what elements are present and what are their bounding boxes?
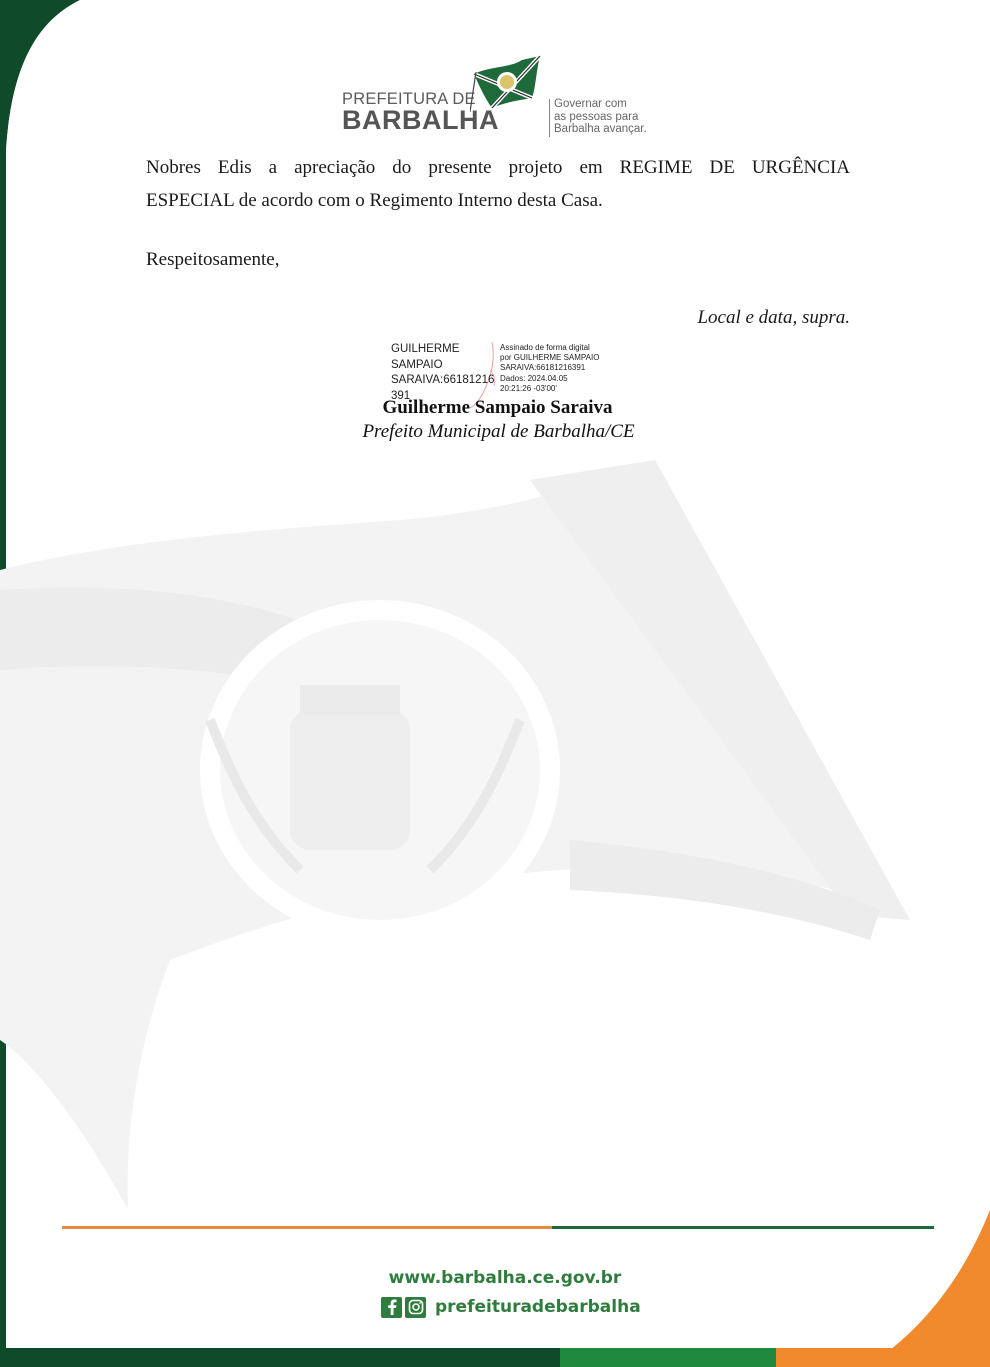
logo-tagline: Governar com as pessoas para Barbalha av… — [554, 98, 647, 136]
footer-divider-green — [552, 1226, 934, 1229]
urgency-paragraph: Nobres Edis a apreciação do presente pro… — [146, 151, 850, 217]
social-handle[interactable]: prefeituradebarbalha — [435, 1297, 641, 1317]
logo-divider — [549, 99, 550, 137]
signer-role: Prefeito Municipal de Barbalha/CE — [0, 421, 990, 443]
footer-social: prefeituradebarbalha — [381, 1295, 641, 1319]
document-page: PREFEITURA DE BARBALHA Governar com as p… — [0, 0, 990, 1367]
instagram-icon[interactable] — [405, 1297, 426, 1318]
bottom-bar-green — [560, 1348, 776, 1367]
corner-decoration-bottom-right — [880, 1150, 990, 1350]
digital-signer-id: GUILHERME SAMPAIO SARAIVA:66181216 391 — [391, 342, 494, 404]
barbalha-flag-icon — [470, 52, 542, 112]
prefeitura-logo: PREFEITURA DE BARBALHA Governar com as p… — [342, 52, 662, 144]
place-and-date: Local e data, supra. — [146, 301, 850, 334]
bottom-bar-dark-green — [0, 1348, 560, 1367]
corner-decoration-top-left — [0, 0, 120, 150]
signer-name: Guilherme Sampaio Saraiva — [0, 397, 990, 419]
left-border-bar — [0, 0, 6, 1367]
watermark-flag-crest — [0, 440, 990, 1240]
digital-signature-info: Assinado de forma digital por GUILHERME … — [500, 343, 599, 394]
footer-divider-orange — [62, 1226, 552, 1229]
footer-website-link[interactable]: www.barbalha.ce.gov.br — [0, 1268, 990, 1288]
bottom-bar-orange — [776, 1348, 990, 1367]
facebook-icon[interactable] — [381, 1297, 402, 1318]
closing-salutation: Respeitosamente, — [146, 243, 850, 276]
